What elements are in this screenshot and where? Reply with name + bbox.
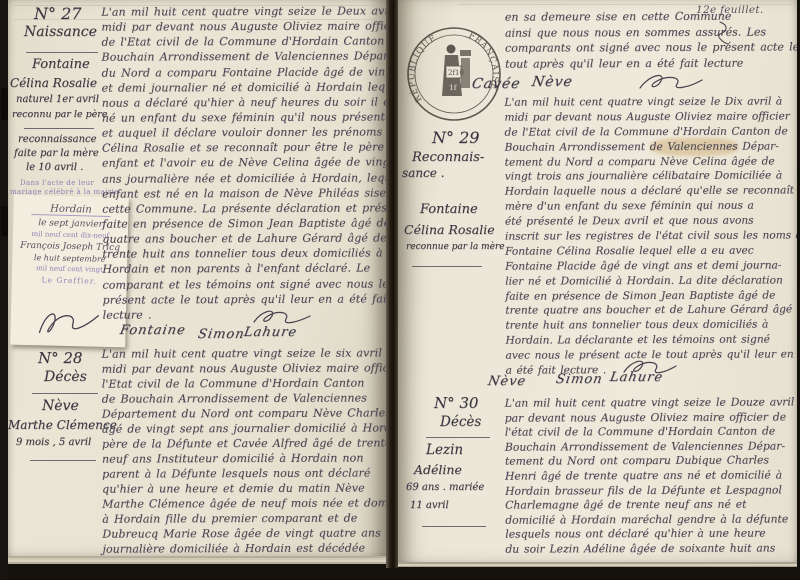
handwritten-line: à Hordain fille du premier comparant et … — [102, 511, 386, 527]
act27-signature-fontaine: Fontaine — [119, 323, 187, 338]
marriage-stamp-line1: Dans l'acte de leur — [20, 179, 94, 187]
stamp-value-top: 2f10 — [448, 69, 464, 77]
margin-rule — [426, 437, 490, 438]
margin-rule — [412, 266, 482, 267]
act30-note-date: 11 avril — [410, 500, 449, 511]
handwritten-line: Marthe Clémence âgée de neuf mois née et… — [102, 496, 386, 512]
act29-number: N° 29 — [432, 128, 479, 147]
act28-closing-text: en sa demeure sise en cette Communeainsi… — [505, 9, 793, 73]
act27-note-recognized: reconnu par le père — [12, 109, 107, 120]
handwritten-line: Charlemagne âgé de trente neuf ans né et — [505, 498, 793, 514]
handwritten-line: de Bouchain Arrondissement de Valencienn… — [102, 391, 386, 407]
mayor-paraph-icon — [636, 70, 706, 96]
handwritten-line: mère d'un enfant du sexe féminin qui nou… — [505, 200, 793, 216]
act29-type-line2: sance . — [402, 166, 445, 180]
handwritten-line: père de la Défunte et Cavée Alfred âgé d… — [102, 436, 386, 452]
handwritten-line: ainsi que nous nous en sommes assurés. L… — [505, 25, 793, 42]
binding-stub-top — [1, 88, 8, 120]
stamp-arc-text-left: RÉPUBLIQUE — [407, 33, 439, 104]
act27-signature-lahure: Lahure — [243, 325, 299, 340]
handwritten-line: né un enfant du sexe féminin qu'il nous … — [102, 110, 386, 126]
register-page-right: 12e feuillet. RÉPUBLIQUE FRANÇAISE 2f10 … — [398, 0, 797, 562]
act29-type-line1: Reconnais- — [412, 150, 484, 165]
handwritten-line: Hordain et non parents à l'enfant déclar… — [102, 262, 386, 278]
act30-note-age: 69 ans . mariée — [406, 482, 484, 493]
book-gutter — [386, 0, 398, 568]
handwritten-line: Département du Nord ont comparu Nève Cha… — [102, 406, 386, 422]
handwritten-line: comparant et les témoins ont signé avec … — [102, 277, 386, 293]
handwritten-line: ans journalière née et domiciliée à Hord… — [102, 171, 386, 187]
act29-note-by-mother: reconnue par la mère — [406, 242, 505, 252]
handwritten-line: Bouchain Arrondissement de Valenciennes … — [102, 50, 386, 66]
republique-francaise-revenue-stamp: RÉPUBLIQUE FRANÇAISE 2f10 1f — [404, 24, 504, 124]
handwritten-line: faite en présence de Simon Jean Baptiste… — [102, 216, 386, 232]
act27-number: N° 27 — [34, 4, 81, 23]
handwritten-line: midi par devant nous Auguste Oliviez mai… — [101, 20, 386, 36]
act29-signature-lahure: Lahure — [609, 370, 665, 385]
handwritten-line: midi par devant nous Auguste Oliviez mai… — [504, 110, 792, 126]
act28-signature-neve: Nève — [531, 74, 575, 90]
act28-number: N° 28 — [38, 349, 82, 367]
handwritten-line: comparants ont signé avec nous le présen… — [505, 41, 793, 58]
handwritten-line: L'an mil huit cent quatre vingt seize le… — [505, 395, 793, 411]
binding-stub-bottom — [1, 206, 8, 236]
margin-rule — [30, 460, 96, 461]
act30-body-text: L'an mil huit cent quatre vingt seize le… — [505, 395, 794, 557]
act29-given-name: Célina Rosalie — [404, 222, 495, 237]
register-page-left: N° 27 Naissance Fontaine Célina Rosalie … — [8, 0, 386, 556]
slip-line: Hordain — [32, 203, 110, 217]
handwritten-line: en sa demeure sise en cette Commune — [505, 9, 793, 26]
handwritten-line: neuf ans Instituteur domicilié à Hordain… — [102, 451, 386, 467]
margin-rule — [26, 52, 98, 53]
handwritten-line: enfant est né en la maison de Nève Philé… — [102, 186, 386, 202]
act28-signature-cavee: Cavée — [471, 76, 522, 92]
handwritten-line: Hordain. La déclarante et les témoins on… — [505, 334, 793, 350]
act27-type-label: Naissance — [24, 24, 97, 40]
handwritten-line: lesquels nous ont déclaré qu'hier à une … — [505, 527, 793, 543]
handwritten-line: journalière domiciliée à Hordain est déc… — [102, 541, 386, 556]
act29-surname: Fontaine — [420, 202, 478, 217]
handwritten-line: quatre ans boucher et de Lahure Gérard â… — [102, 231, 386, 247]
handwritten-line: cette Commune. La présente déclaration e… — [102, 201, 386, 217]
handwritten-line: l'Etat civil de la Commune d'Hordain Can… — [102, 376, 386, 392]
handwritten-line: qu'hier à une heure et demie du matin Nè… — [102, 481, 386, 497]
act27-note-date: le 10 avril . — [26, 162, 83, 173]
handwritten-line: de l'Etat civil de la Commune d'Hordain … — [101, 35, 386, 51]
act28-type-label: Décès — [44, 369, 87, 385]
act27-given-name: Célina Rosalie — [10, 76, 97, 90]
margin-rule — [24, 128, 94, 129]
handwritten-line: L'an mil huit cent quatre vingt seize le… — [101, 4, 386, 20]
handwritten-line: âgé de vingt sept ans journalier domicil… — [102, 421, 386, 437]
act27-surname: Fontaine — [32, 57, 90, 72]
handwritten-line: L'an mil huit cent quatre vingt seize le… — [102, 346, 386, 362]
handwritten-line: Fontaine Célina Rosalie lequel elle a eu… — [505, 244, 793, 260]
handwritten-line: L'an mil huit cent quatre vingt seize le… — [504, 95, 792, 111]
handwritten-line: et auquel il déclare vouloir donner les … — [102, 125, 386, 141]
handwritten-line: l'état civil de la Commune d'Hordain Can… — [505, 425, 793, 441]
handwritten-line: du soir Lezin Adéline âgée de soixante h… — [505, 541, 793, 557]
handwritten-line: midi par devant nous Auguste Oliviez mai… — [102, 361, 386, 377]
act30-number: N° 30 — [434, 394, 478, 412]
handwritten-line: tement du Nord ont comparu Dubique Charl… — [505, 454, 793, 470]
handwritten-line: domicilié à Hordain maréchal gendre à la… — [505, 512, 793, 528]
handwritten-line: nous a déclaré qu'hier à neuf heures du … — [102, 95, 386, 111]
handwritten-line: par devant nous Auguste Oliviez maire of… — [505, 410, 793, 426]
handwritten-line: de l'Etat civil de la Commune d'Hordain … — [505, 125, 793, 141]
handwritten-line: enfant et l'avoir eu de Nève Celina âgée… — [102, 156, 386, 172]
act28-body-text: L'an mil huit cent quatre vingt seize le… — [102, 346, 386, 556]
handwritten-line: et demi journalier né et domicilié à Hor… — [102, 80, 386, 96]
act28-note-age-date: 9 mois , 5 avril — [16, 437, 91, 448]
handwritten-line: trente huit ans tonnelier tous deux domi… — [505, 319, 793, 335]
handwritten-line: trente huit ans tonnelier tous deux domi… — [102, 247, 386, 263]
act30-given-name: Adéline — [414, 462, 462, 477]
handwritten-line: vingt trois ans journalière célibataire … — [505, 170, 793, 186]
act30-type-label: Décès — [440, 414, 481, 430]
handwritten-line: présent acte le tout après qu'il leur en… — [103, 292, 386, 308]
handwritten-line: Henri âgé de trente quatre ans né et dom… — [505, 468, 793, 484]
svg-text:RÉPUBLIQUE: RÉPUBLIQUE — [407, 33, 439, 104]
margin-rule — [32, 393, 98, 394]
handwritten-line: Bouchain Arrondissement de Valenciennes … — [505, 439, 793, 455]
margin-rule — [422, 526, 486, 527]
handwritten-line: Célina Rosalie et se reconnaît pour être… — [102, 141, 386, 157]
act28-given-name: Marthe Clémence — [8, 418, 117, 432]
handwritten-line: Hordain laquelle nous a déclaré qu'elle … — [505, 185, 793, 201]
handwritten-line: parent à la Défunte lesquels nous ont dé… — [102, 466, 386, 482]
handwritten-line: été présenté le Deux avril et que nous a… — [505, 214, 793, 230]
handwritten-line: Bouchain Arrondissement de Valenciennes … — [505, 140, 793, 156]
handwritten-line: du Nord a comparu Fontaine Placide âgé d… — [102, 65, 386, 81]
handwritten-line: inscrit sur les registres de l'état civi… — [505, 229, 793, 245]
stamp-value-bottom: 1f — [449, 83, 458, 92]
act27-signature-simon: Simon — [197, 327, 246, 342]
greffier-signature-flourish-icon — [31, 301, 108, 343]
act27-note-reconnaissance: reconnaissance — [18, 134, 97, 145]
act27-note-by-mother: faite par la mère — [14, 148, 99, 159]
act27-body-text: L'an mil huit cent quatre vingt seize le… — [101, 4, 386, 323]
handwritten-line: Dubreucq Marie Rose âgée de vingt quatre… — [102, 526, 386, 542]
act27-note-natural: naturel 1er avril — [16, 94, 99, 105]
handwritten-line: Hordain brasseur fils de la Défunte et L… — [505, 483, 793, 499]
handwritten-line: lier né et Domicilié à Hordain. La dite … — [505, 274, 793, 290]
act29-body-text: L'an mil huit cent quatre vingt seize le… — [504, 95, 793, 379]
act29-signature-neve: Nève — [487, 374, 528, 389]
act28-surname: Nève — [42, 398, 79, 414]
act30-surname: Lezin — [426, 442, 463, 458]
book-spine-edge — [0, 0, 8, 580]
act29-signature-simon: Simon — [555, 372, 604, 387]
handwritten-line: lecture . — [103, 307, 386, 323]
handwritten-line: Fontaine Placide âgé de vingt ans et dem… — [505, 259, 793, 275]
